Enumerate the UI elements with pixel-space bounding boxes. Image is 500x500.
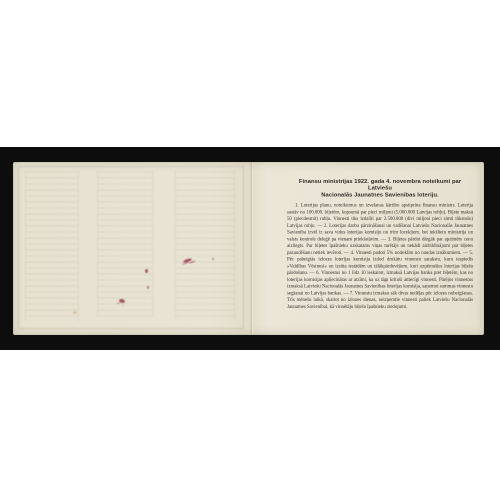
printed-text: Finansu ministrijas 1922. gada 4. novemb… — [287, 178, 473, 310]
paper-blemish — [73, 311, 77, 314]
page-background: Finansu ministrijas 1922. gada 4. novemb… — [0, 0, 500, 500]
lottery-ticket-back: Finansu ministrijas 1922. gada 4. novemb… — [13, 162, 484, 335]
ticket-left-half — [13, 162, 251, 335]
regulations-title-line1: Finansu ministrijas 1922. gada 4. novemb… — [287, 178, 473, 191]
regulations-title-line2: Nacionalās Jaunatnes Savienibas loteriju… — [287, 191, 473, 198]
showthrough-column — [175, 171, 235, 319]
scan-background: Finansu ministrijas 1922. gada 4. novemb… — [0, 147, 500, 350]
regulations-body: 1. Loterijas planu, noteikumus un izvela… — [287, 202, 473, 310]
ink-stain — [212, 258, 214, 260]
showthrough-column — [97, 171, 153, 317]
regulations-title: Finansu ministrijas 1922. gada 4. novemb… — [287, 178, 473, 198]
ink-stain — [145, 269, 148, 273]
regulations-text-block: Finansu ministrijas 1922. gada 4. novemb… — [287, 178, 473, 330]
ink-stain — [147, 286, 149, 289]
showthrough-column — [25, 171, 79, 321]
